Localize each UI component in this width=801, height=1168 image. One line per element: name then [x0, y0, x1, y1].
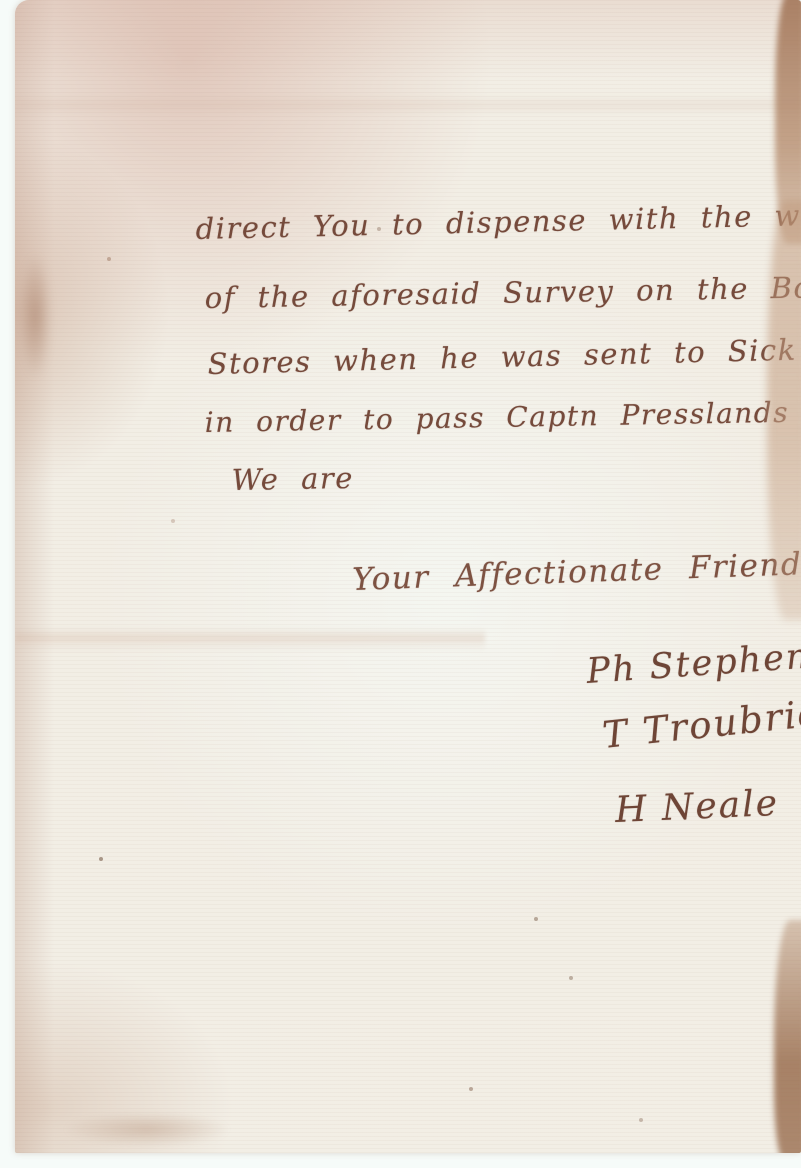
fold-crease-top	[15, 96, 801, 114]
scanned-letter-page: direct You to dispense with the want of …	[0, 0, 801, 1168]
signature-ph-stephens: Ph Stephens	[585, 635, 801, 692]
bottom-left-stain	[55, 1103, 285, 1147]
right-edge-stain-bottom	[774, 920, 801, 1153]
handwritten-line-4: in order to pass Captn Presslands Accoun…	[204, 393, 801, 439]
foxing-speckles	[15, 0, 17, 2]
fold-crease-middle	[15, 628, 485, 652]
signature-t-troubridge: T Troubridge	[601, 686, 801, 757]
handwritten-line-3: Stores when he was sent to Sick Quarters	[207, 329, 801, 381]
handwritten-line-2: of the aforesaid Survey on the Boatswain…	[204, 268, 801, 315]
letter-paper-sheet: direct You to dispense with the want of …	[15, 0, 801, 1153]
signature-h-neale: H Neale	[614, 783, 780, 831]
handwritten-line-we-are: We are	[231, 461, 354, 497]
handwritten-line-1: direct You to dispense with the want	[195, 197, 801, 246]
valediction: Your Affectionate Friends	[352, 546, 801, 598]
left-edge-crease-stain	[17, 235, 63, 415]
